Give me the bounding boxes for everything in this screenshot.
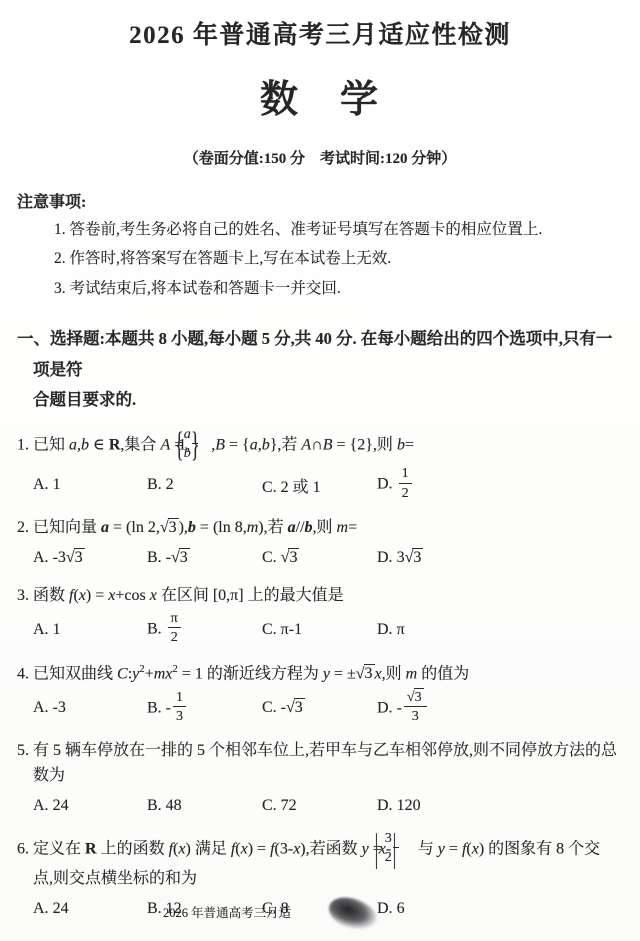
question-list: 1. 已知 a,b ∈ R,集合 A = {1,ab},B = {a,b},若 … — [0, 428, 640, 922]
section-heading-line1: 一、选择题:本题共 8 小题,每小题 5 分,共 40 分. 在每小题给出的四个… — [17, 329, 612, 379]
option-A: A. 1 — [33, 476, 147, 494]
section-heading-line2: 合题目要求的. — [33, 390, 136, 409]
option-label: D. — [377, 797, 397, 814]
option-D: D. 120 — [377, 797, 640, 815]
option-label: B. — [147, 699, 166, 716]
question-4: 4. 已知双曲线 C:y2+mx2 = 1 的渐近线方程为 y = ±√3x,则… — [0, 661, 640, 727]
exam-title: 2026 年普通高考三月适应性检测 — [0, 0, 640, 51]
question-3: 3. 函数 f(x) = x+cos x 在区间 [0,π] 上的最大值是A. … — [0, 584, 640, 648]
option-label: C. — [262, 797, 281, 814]
notice-heading: 注意事项: — [17, 189, 640, 212]
option-A: A. -3 — [33, 699, 147, 717]
options-row: A. -3√3B. -√3C. √3D. 3√3 — [0, 545, 640, 571]
options-row: A. 1B. π2C. π-1D. π — [0, 612, 640, 647]
option-B: B. 2 — [147, 476, 262, 494]
option-label: D. — [377, 699, 397, 716]
option-C: C. 2 或 1 — [262, 474, 377, 497]
option-label: A. — [33, 549, 53, 566]
option-D: D. π — [377, 621, 640, 639]
exam-paper: 2026 年普通高考三月适应性检测 数 学 （卷面分值:150 分 考试时间:1… — [0, 0, 640, 941]
option-B: B. -√3 — [147, 549, 262, 567]
option-A: A. -3√3 — [33, 549, 147, 567]
option-D: D. 12 — [377, 467, 640, 502]
option-label: C. — [262, 621, 281, 638]
option-label: D. — [377, 476, 397, 493]
option-label: C. — [262, 549, 281, 566]
question-stem: 3. 函数 f(x) = x+cos x 在区间 [0,π] 上的最大值是 — [33, 584, 628, 609]
option-A: A. 1 — [33, 621, 147, 639]
option-label: B. — [147, 476, 166, 493]
option-label: D. — [377, 549, 397, 566]
exam-meta: （卷面分值:150 分 考试时间:120 分钟） — [0, 147, 640, 168]
question-2: 2. 已知向量 a = (ln 2,√3),b = (ln 8,m),若 a//… — [0, 516, 640, 571]
section-heading: 一、选择题:本题共 8 小题,每小题 5 分,共 40 分. 在每小题给出的四个… — [33, 324, 628, 416]
option-B: B. -13 — [147, 691, 262, 726]
notice-item-3: 3. 考试结束后,将本试卷和答题卡一并交回. — [54, 278, 626, 300]
option-label: B. — [147, 621, 166, 638]
option-C: C. √3 — [262, 549, 377, 567]
options-row: A. 24B. 48C. 72D. 120 — [0, 793, 640, 819]
option-C: C. -√3 — [262, 699, 377, 717]
option-label: A. — [33, 476, 53, 493]
option-label: D. — [377, 621, 397, 638]
page-footer: 2026 年普通高考三月适 — [163, 903, 291, 921]
subject-title: 数 学 — [0, 68, 640, 123]
option-A: A. 24 — [33, 797, 147, 815]
question-stem: 5. 有 5 辆车停放在一排的 5 个相邻车位上,若甲车与乙车相邻停放,则不同停… — [33, 739, 628, 789]
question-stem: 2. 已知向量 a = (ln 2,√3),b = (ln 8,m),若 a//… — [33, 516, 628, 541]
question-stem: 6. 定义在 R 上的函数 f(x) 满足 f(x) = f(3-x),若函数 … — [33, 832, 628, 892]
option-B: B. π2 — [147, 612, 262, 647]
option-C: C. π-1 — [262, 621, 377, 639]
question-1: 1. 已知 a,b ∈ R,集合 A = {1,ab},B = {a,b},若 … — [0, 428, 640, 503]
notice-item-2: 2. 作答时,将答案写在答题卡上,写在本试卷上无效. — [54, 248, 626, 270]
option-D: D. -√33 — [377, 691, 640, 726]
option-C: C. 72 — [262, 797, 377, 815]
option-D: D. 3√3 — [377, 549, 640, 567]
option-label: C. — [262, 699, 281, 716]
question-stem: 1. 已知 a,b ∈ R,集合 A = {1,ab},B = {a,b},若 … — [33, 428, 628, 463]
options-row: A. 1B. 2C. 2 或 1D. 12 — [0, 467, 640, 502]
question-5: 5. 有 5 辆车停放在一排的 5 个相邻车位上,若甲车与乙车相邻停放,则不同停… — [0, 739, 640, 819]
ink-smudge — [324, 891, 381, 936]
option-label: A. — [33, 621, 53, 638]
option-label: C. — [262, 479, 281, 496]
option-label: A. — [33, 699, 53, 716]
page-footer-row: 2026 年普通高考三月适 — [0, 899, 640, 925]
option-label: B. — [147, 549, 166, 566]
options-row: A. -3B. -13C. -√3D. -√33 — [0, 691, 640, 726]
option-label: A. — [33, 797, 53, 814]
question-stem: 4. 已知双曲线 C:y2+mx2 = 1 的渐近线方程为 y = ±√3x,则… — [33, 661, 628, 687]
option-label: B. — [147, 797, 166, 814]
option-B: B. 48 — [147, 797, 262, 815]
notice-item-1: 1. 答卷前,考生务必将自己的姓名、准考证号填写在答题卡的相应位置上. — [54, 219, 626, 241]
